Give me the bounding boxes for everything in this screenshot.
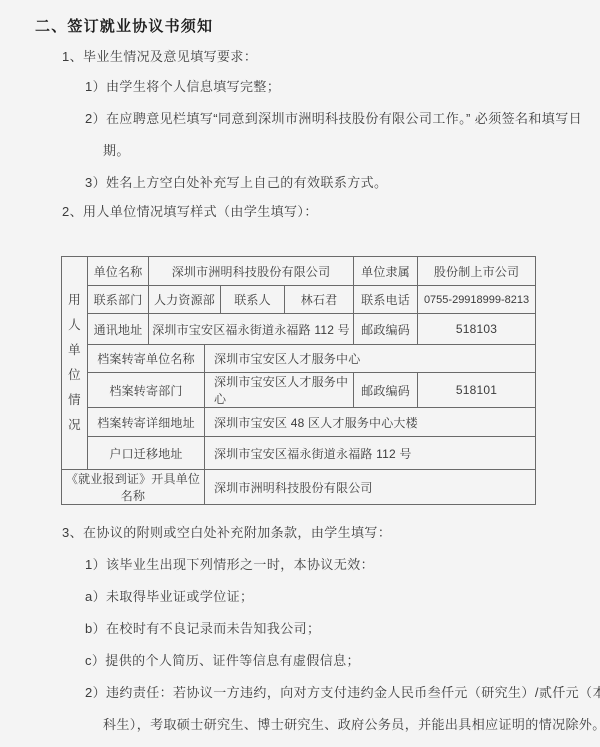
cell-archive-postcode: 518101: [418, 373, 536, 408]
section1-item-2-line2: 期。: [103, 142, 130, 159]
section3-heading: 3、在协议的附则或空白处补充附加条款，由学生填写：: [62, 524, 391, 541]
cell-contact-phone: 0755-29918999-8213: [418, 286, 536, 314]
cell-hukou-address: 深圳市宝安区福永街道永福路 112 号: [205, 437, 536, 470]
cell-unit-name: 深圳市洲明科技股份有限公司: [149, 257, 354, 286]
section3-item-b: b）在校时有不良记录而未告知我公司；: [85, 620, 320, 637]
cell-archive-address: 深圳市宝安区 48 区人才服务中心大楼: [205, 408, 536, 437]
cell-unit-affiliation-label: 单位隶属: [354, 257, 418, 286]
cell-unit-name-label: 单位名称: [88, 257, 149, 286]
cell-archive-unit: 深圳市宝安区人才服务中心: [205, 345, 536, 373]
section3-item-2-line2: 科生），考取硕士研究生、博士研究生、政府公务员，并能出具相应证明的情况除外。: [103, 716, 600, 733]
section3-item-a: a）未取得毕业证或学位证；: [85, 588, 253, 605]
doc-title: 二、签订就业协议书须知: [35, 15, 213, 36]
employer-info-table: 用 人 单 位 情 况 单位名称 深圳市洲明科技股份有限公司 单位隶属 股份制上…: [61, 256, 536, 505]
cell-postcode-label: 邮政编码: [354, 314, 418, 345]
cell-archive-address-label: 档案转寄详细地址: [88, 408, 205, 437]
cell-report-card-unit: 深圳市洲明科技股份有限公司: [205, 470, 536, 505]
section1-item-1: 1）由学生将个人信息填写完整；: [85, 78, 280, 95]
cell-archive-dept: 深圳市宝安区人才服务中心: [205, 373, 354, 408]
cell-mail-address-label: 通讯地址: [88, 314, 149, 345]
section1-item-3: 3）姓名上方空白处补充写上自己的有效联系方式。: [85, 174, 387, 191]
cell-mail-address: 深圳市宝安区福永街道永福路 112 号: [149, 314, 354, 345]
cell-hukou-address-label: 户口迁移地址: [88, 437, 205, 470]
cell-contact-person-label: 联系人: [221, 286, 285, 314]
cell-unit-affiliation: 股份制上市公司: [418, 257, 536, 286]
cell-contact-dept-label: 联系部门: [88, 286, 149, 314]
section3-item-1: 1）该毕业生出现下列情形之一时，本协议无效：: [85, 556, 374, 573]
cell-report-card-unit-label: 《就业报到证》开具单位名称: [62, 470, 205, 505]
section3-item-c: c）提供的个人简历、证件等信息有虚假信息；: [85, 652, 360, 669]
cell-archive-unit-label: 档案转寄单位名称: [88, 345, 205, 373]
table-side-label: 用 人 单 位 情 况: [62, 257, 88, 470]
cell-archive-dept-label: 档案转寄部门: [88, 373, 205, 408]
cell-archive-postcode-label: 邮政编码: [354, 373, 418, 408]
section3-item-2-line1: 2）违约责任：若协议一方违约，向对方支付违约金人民币叁仟元（研究生）/贰仟元（本: [85, 684, 600, 701]
cell-contact-dept: 人力资源部: [149, 286, 221, 314]
section2-heading: 2、用人单位情况填写样式（由学生填写）：: [62, 203, 318, 220]
document-page: { "title": "二、签订就业协议书须知", "section1": { …: [0, 0, 600, 747]
section1-heading: 1、毕业生情况及意见填写要求：: [62, 48, 257, 65]
section1-item-2-line1: 2）在应聘意见栏填写“同意到深圳市洲明科技股份有限公司工作。” 必须签名和填写日: [85, 110, 582, 127]
cell-contact-person: 林石君: [285, 286, 354, 314]
cell-contact-phone-label: 联系电话: [354, 286, 418, 314]
cell-postcode: 518103: [418, 314, 536, 345]
